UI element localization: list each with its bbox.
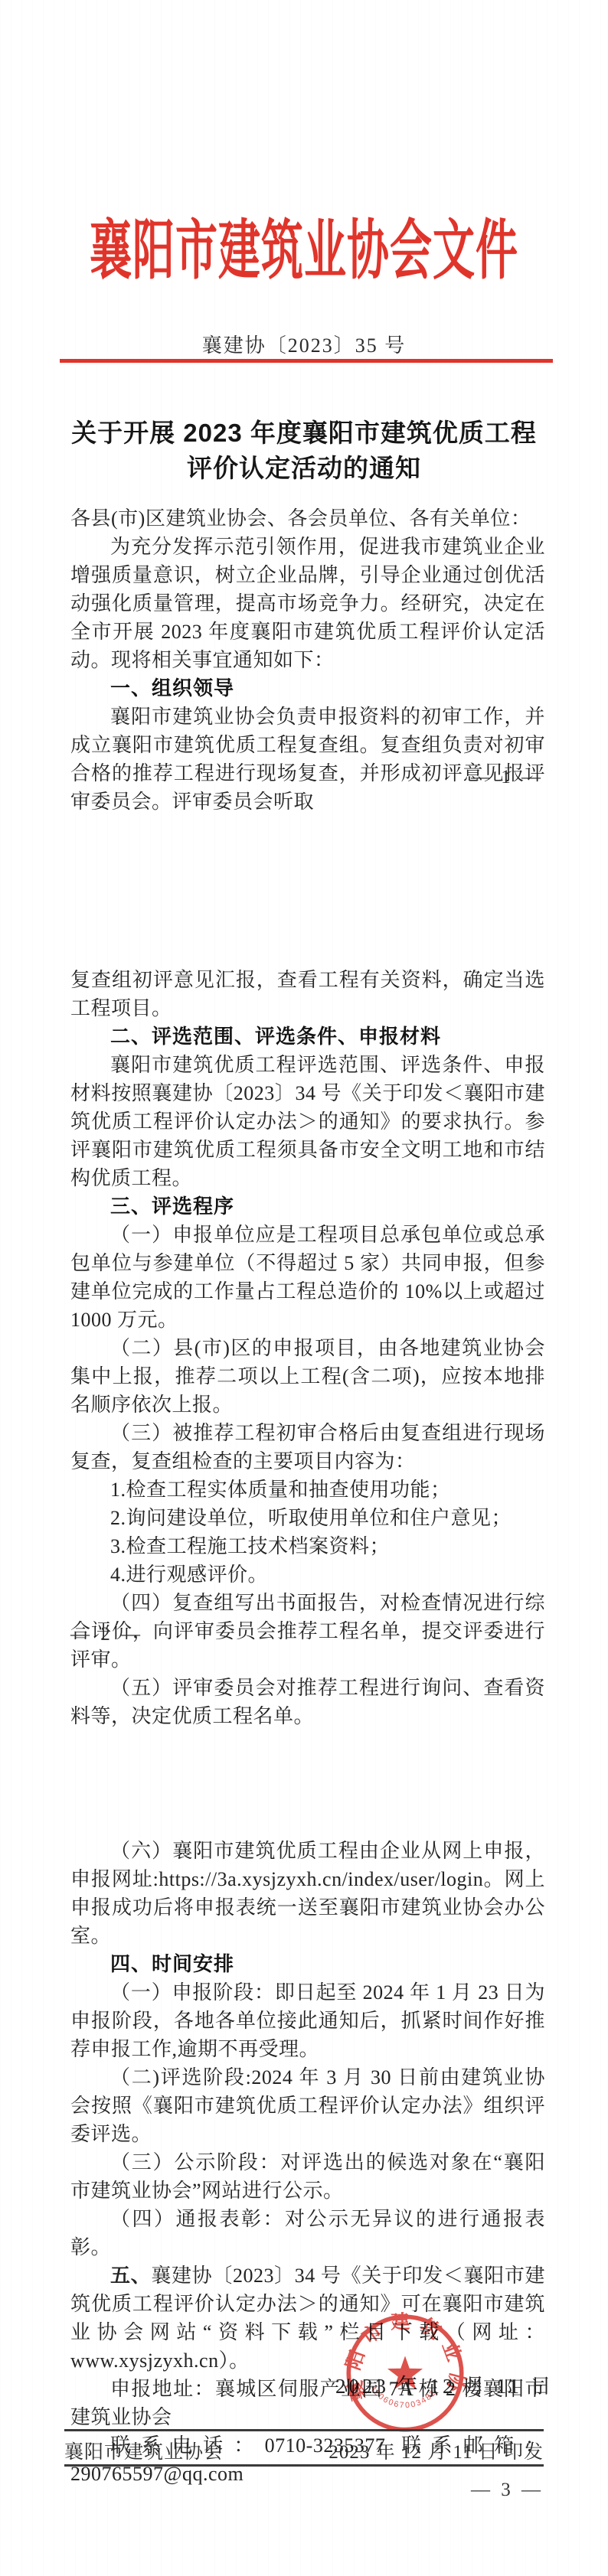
page2-body: 复查组初评意见汇报，查看工程有关资料，确定当选工程项目。 二、评选范围、评选条件…	[70, 966, 545, 1730]
letterhead-title-text: 襄阳市建筑业协会文件	[90, 216, 518, 287]
section-5-lead: 五、	[110, 2264, 151, 2287]
page-number-1: — 1 —	[471, 767, 544, 788]
red-divider-rule	[60, 359, 553, 363]
item-4-4: （四）通报表彰：对公示无异议的进行通报表彰。	[70, 2205, 545, 2261]
footer-bottom-rule	[64, 2464, 544, 2467]
page-number-3: — 3 —	[471, 2480, 544, 2501]
section-1-heading: 一、组织领导	[70, 674, 545, 703]
page-number-2: — 2 —	[70, 1624, 143, 1645]
item-3-3: （三）被推荐工程初审合格后由复查组进行现场复查，复查组检查的主要项目内容为：	[70, 1419, 545, 1475]
check-item-2: 2.询问建设单位，听取使用单位和住户意见；	[70, 1504, 545, 1532]
check-item-1: 1.检查工程实体质量和抽查使用功能；	[70, 1475, 545, 1504]
item-4-3: （三）公示阶段：对评选出的候选对象在“襄阳市建筑业协会”网站进行公示。	[70, 2148, 545, 2205]
item-3-1: （一）申报单位应是工程项目总承包单位或总承包单位与参建单位（不得超过 5 家）共…	[70, 1221, 545, 1334]
doc-number: 襄建协〔2023〕35 号	[0, 330, 608, 358]
seal-code-text: 4206067003482	[368, 2384, 439, 2410]
seal-star-icon	[387, 2356, 423, 2389]
section-2-body: 襄阳市建筑优质工程评选范围、评选条件、申报材料按照襄建协〔2023〕34 号《关…	[70, 1051, 545, 1192]
item-4-2: （二)评选阶段:2024 年 3 月 30 日前由建筑业协会按照《襄阳市建筑优质…	[70, 2063, 545, 2148]
item-3-6: （六）襄阳市建筑优质工程由企业从网上申报，申报网址:https://3a.xys…	[70, 1837, 545, 1950]
footer-row: 襄阳市建筑业协会 2023 年 12 月 11 日 印发	[64, 2437, 544, 2464]
check-item-4: 4.进行观感评价。	[70, 1560, 545, 1589]
section-4-heading: 四、时间安排	[70, 1950, 545, 1978]
section-1-body: 襄阳市建筑业协会负责申报资料的初审工作，并成立襄阳市建筑优质工程复查组。复查组负…	[70, 703, 545, 816]
footer-issuer: 襄阳市建筑业协会	[64, 2437, 224, 2464]
official-seal: 襄阳市建筑业协会 4206067003482	[343, 2311, 467, 2435]
document-title: 关于开展 2023 年度襄阳市建筑优质工程 评价认定活动的通知	[0, 416, 608, 486]
section-1-continuation: 复查组初评意见汇报，查看工程有关资料，确定当选工程项目。	[70, 966, 545, 1022]
item-3-5: （五）评审委员会对推荐工程进行询问、查看资料等，决定优质工程名单。	[70, 1674, 545, 1730]
section-3-heading: 三、评选程序	[70, 1192, 545, 1221]
document-title-line1: 关于开展 2023 年度襄阳市建筑优质工程	[0, 416, 608, 451]
intro-paragraph: 为充分发挥示范引领作用，促进我市建筑业企业增强质量意识，树立企业品牌，引导企业通…	[70, 533, 545, 674]
footer-print-date: 2023 年 12 月 11 日 印发	[329, 2437, 544, 2464]
check-item-3: 3.检查工程施工技术档案资料；	[70, 1532, 545, 1560]
salutation: 各县(市)区建筑业协会、各会员单位、各有关单位：	[70, 504, 545, 533]
item-4-1: （一）申报阶段：即日起至 2024 年 1 月 23 日为申报阶段，各地各单位接…	[70, 1978, 545, 2063]
footer-top-rule	[64, 2429, 544, 2431]
document-title-line2: 评价认定活动的通知	[0, 451, 608, 486]
section-5-paragraph: 五、襄建协〔2023〕34 号《关于印发＜襄阳市建筑优质工程评价认定办法＞的通知…	[70, 2261, 545, 2375]
item-3-2: （二）县(市)区的申报项目，由各地建筑业协会集中上报，推荐二项以上工程(含二项)…	[70, 1334, 545, 1419]
section-2-heading: 二、评选范围、评选条件、申报材料	[70, 1022, 545, 1051]
letterhead-title: 襄阳市建筑业协会文件	[0, 216, 608, 262]
